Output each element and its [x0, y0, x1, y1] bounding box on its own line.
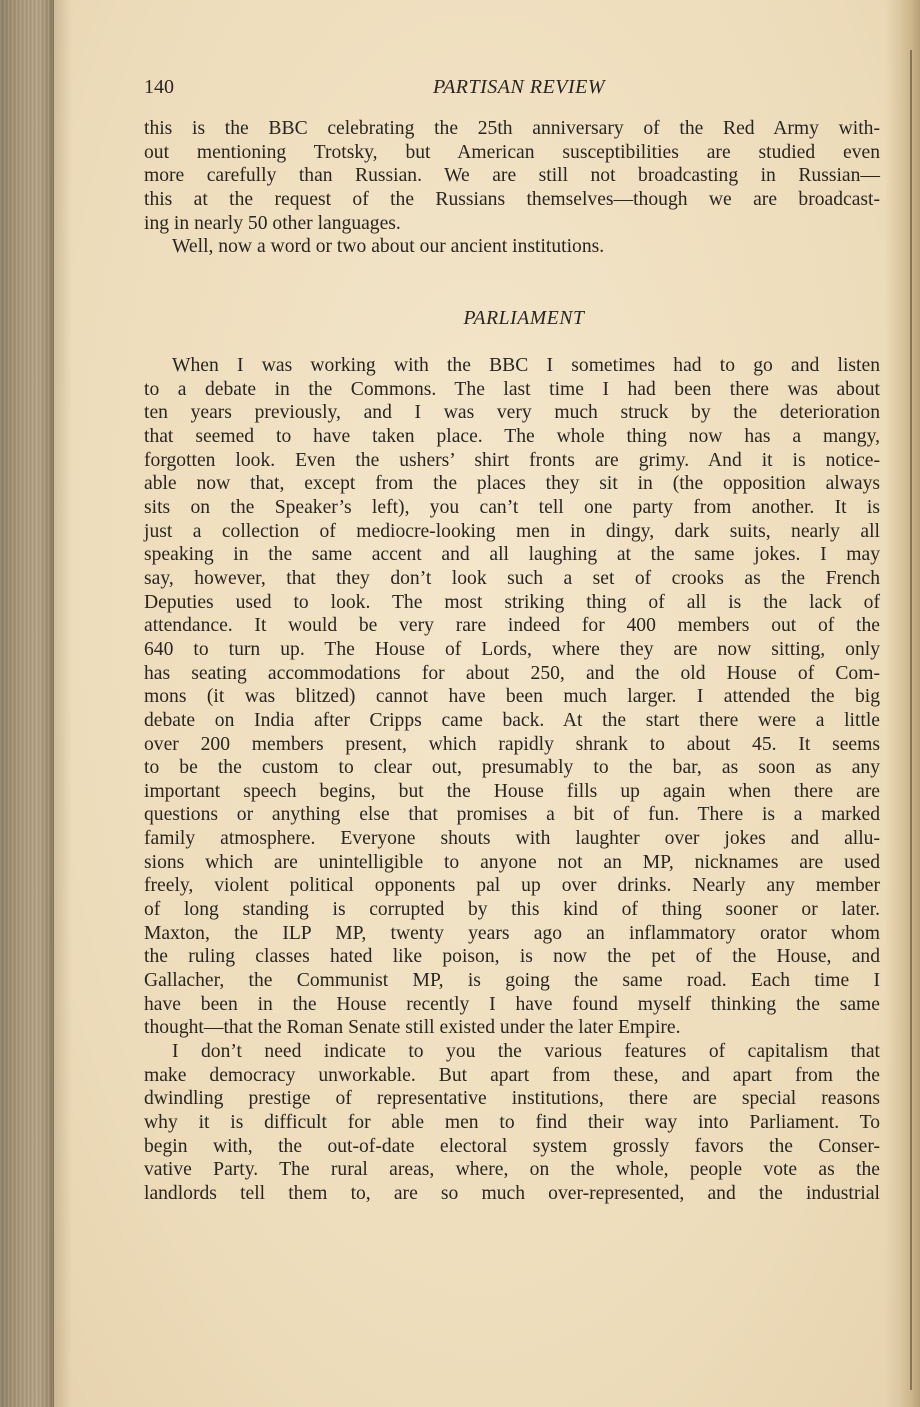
text-line: I don’t need indicate to you the various… [144, 1040, 880, 1064]
text-line: able now that, except from the places th… [144, 472, 880, 496]
text-line: that seemed to have taken place. The who… [144, 425, 880, 449]
text-line: When I was working with the BBC I someti… [144, 354, 880, 378]
text-line: vative Party. The rural areas, where, on… [144, 1158, 880, 1182]
section-heading: PARLIAMENT [144, 306, 892, 332]
text-line: attendance. It would be very rare indeed… [144, 614, 880, 638]
text-line: has seating accommodations for about 250… [144, 662, 880, 686]
text-block-intro: this is the BBC celebrating the 25th ann… [144, 117, 880, 259]
text-line: out mentioning Trotsky, but American sus… [144, 141, 880, 165]
text-line: family atmosphere. Everyone shouts with … [144, 827, 880, 851]
text-line: this is the BBC celebrating the 25th ann… [144, 117, 880, 141]
text-line: sions which are unintelligible to anyone… [144, 851, 880, 875]
running-head: 140 PARTISAN REVIEW [144, 74, 880, 100]
text-line: of long standing is corrupted by this ki… [144, 898, 880, 922]
text-line: the ruling classes hated like poison, is… [144, 945, 880, 969]
journal-title: PARTISAN REVIEW [144, 74, 880, 100]
gutter-shadow [54, 0, 72, 1407]
text-line: dwindling prestige of representative ins… [144, 1087, 880, 1111]
text-line: speaking in the same accent and all laug… [144, 543, 880, 567]
text-line: debate on India after Cripps came back. … [144, 709, 880, 733]
text-block-parliament: When I was working with the BBC I someti… [144, 354, 880, 1206]
text-line: begin with, the out-of-date electoral sy… [144, 1135, 880, 1159]
text-line: have been in the House recently I have f… [144, 993, 880, 1017]
text-line: more carefully than Russian. We are stil… [144, 164, 880, 188]
book-gutter [0, 0, 54, 1407]
text-line: just a collection of mediocre-looking me… [144, 520, 880, 544]
text-line: forgotten look. Even the ushers’ shirt f… [144, 449, 880, 473]
text-line: landlords tell them to, are so much over… [144, 1182, 880, 1206]
text-line: ten years previously, and I was very muc… [144, 401, 880, 425]
text-line: questions or anything else that promises… [144, 803, 880, 827]
text-line: Maxton, the ILP MP, twenty years ago an … [144, 922, 880, 946]
text-line: to be the custom to clear out, presumabl… [144, 756, 880, 780]
text-line: over 200 members present, which rapidly … [144, 733, 880, 757]
page-right-edge [885, 0, 920, 1407]
text-line: Gallacher, the Communist MP, is going th… [144, 969, 880, 993]
text-line: make democracy unworkable. But apart fro… [144, 1064, 880, 1088]
text-line: important speech begins, but the House f… [144, 780, 880, 804]
text-line: freely, violent political opponents pal … [144, 874, 880, 898]
text-line: why it is difficult for able men to find… [144, 1111, 880, 1135]
text-line: say, however, that they don’t look such … [144, 567, 880, 591]
text-line: ing in nearly 50 other languages. [144, 212, 880, 236]
text-line: mons (it was blitzed) cannot have been m… [144, 685, 880, 709]
page-edge-line [910, 50, 912, 1390]
text-line: 640 to turn up. The House of Lords, wher… [144, 638, 880, 662]
text-line: Deputies used to look. The most striking… [144, 591, 880, 615]
text-line: thought—that the Roman Senate still exis… [144, 1016, 880, 1040]
text-line: to a debate in the Commons. The last tim… [144, 378, 880, 402]
text-line: sits on the Speaker’s left), you can’t t… [144, 496, 880, 520]
text-line: Well, now a word or two about our ancien… [144, 235, 880, 259]
text-line: this at the request of the Russians them… [144, 188, 880, 212]
